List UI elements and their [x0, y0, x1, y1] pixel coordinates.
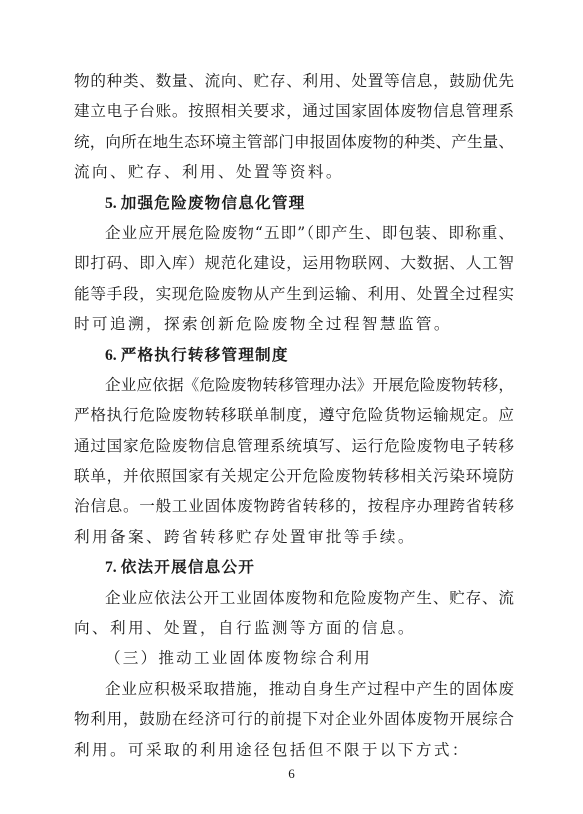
text-line: 物的种类、数量、流向、贮存、利用、处置等信息，鼓励优先: [74, 66, 514, 96]
text-line: 治信息。一般工业固体废物跨省转移的，按程序办理跨省转移: [74, 491, 514, 521]
text-line: 企业应积极采取措施，推动自身生产过程中产生的固体废: [74, 674, 514, 704]
section-heading-5: 5.加强危险废物信息化管理: [74, 188, 514, 218]
heading-number: 7.: [105, 559, 117, 576]
text-line: 企业应依据《危险废物转移管理办法》开展危险废物转移，: [74, 370, 514, 400]
paragraph-comprehensive-utilization: 企业应积极采取措施，推动自身生产过程中产生的固体废 物利用，鼓励在经济可行的前提…: [74, 674, 514, 765]
heading-text: 依法开展信息公开: [121, 558, 255, 576]
text-line: 严格执行危险废物转移联单制度，遵守危险货物运输规定。应: [74, 400, 514, 430]
text-line: 企业应开展危险废物“五即”（即产生、即包装、即称重、: [74, 218, 514, 248]
subsection-heading-3: （三）推动工业固体废物综合利用: [74, 643, 514, 673]
text-line: 时可追溯，探索创新危险废物全过程智慧监管。: [74, 309, 514, 339]
heading-text: 严格执行转移管理制度: [121, 346, 289, 364]
text-line: 统，向所在地生态环境主管部门申报固体废物的种类、产生量、: [74, 127, 514, 157]
heading-number: 5.: [105, 195, 117, 212]
text-line: 流向、贮存、利用、处置等资料。: [74, 157, 514, 187]
text-line: 企业应依法公开工业固体废物和危险废物产生、贮存、流: [74, 583, 514, 613]
text-line: 联单，并依照国家有关规定公开危险废物转移相关污染环境防: [74, 461, 514, 491]
text-line: 即打码、即入库）规范化建设，运用物联网、大数据、人工智: [74, 248, 514, 278]
text-line: 物利用，鼓励在经济可行的前提下对企业外固体废物开展综合: [74, 704, 514, 734]
paragraph-information-disclosure: 企业应依法公开工业固体废物和危险废物产生、贮存、流 向、利用、处置，自行监测等方…: [74, 583, 514, 644]
section-heading-6: 6.严格执行转移管理制度: [74, 340, 514, 370]
section-heading-7: 7.依法开展信息公开: [74, 552, 514, 582]
paragraph-transfer-management: 企业应依据《危险废物转移管理办法》开展危险废物转移， 严格执行危险废物转移联单制…: [74, 370, 514, 552]
text-line: 通过国家危险废物信息管理系统填写、运行危险废物电子转移: [74, 431, 514, 461]
document-page: 物的种类、数量、流向、贮存、利用、处置等信息，鼓励优先 建立电子台账。按照相关要…: [74, 66, 514, 765]
paragraph-hazardous-waste-info: 企业应开展危险废物“五即”（即产生、即包装、即称重、 即打码、即入库）规范化建设…: [74, 218, 514, 340]
text-line: 向、利用、处置，自行监测等方面的信息。: [74, 613, 514, 643]
page-number: 6: [0, 766, 583, 782]
text-line: 能等手段，实现危险废物从产生到运输、利用、处置全过程实: [74, 279, 514, 309]
heading-number: 6.: [105, 347, 117, 364]
text-line: 利用备案、跨省转移贮存处置审批等手续。: [74, 522, 514, 552]
paragraph-continued: 物的种类、数量、流向、贮存、利用、处置等信息，鼓励优先 建立电子台账。按照相关要…: [74, 66, 514, 188]
text-line: 利用。可采取的利用途径包括但不限于以下方式：: [74, 735, 514, 765]
heading-text: 加强危险废物信息化管理: [121, 194, 306, 212]
text-line: 建立电子台账。按照相关要求，通过国家固体废物信息管理系: [74, 96, 514, 126]
